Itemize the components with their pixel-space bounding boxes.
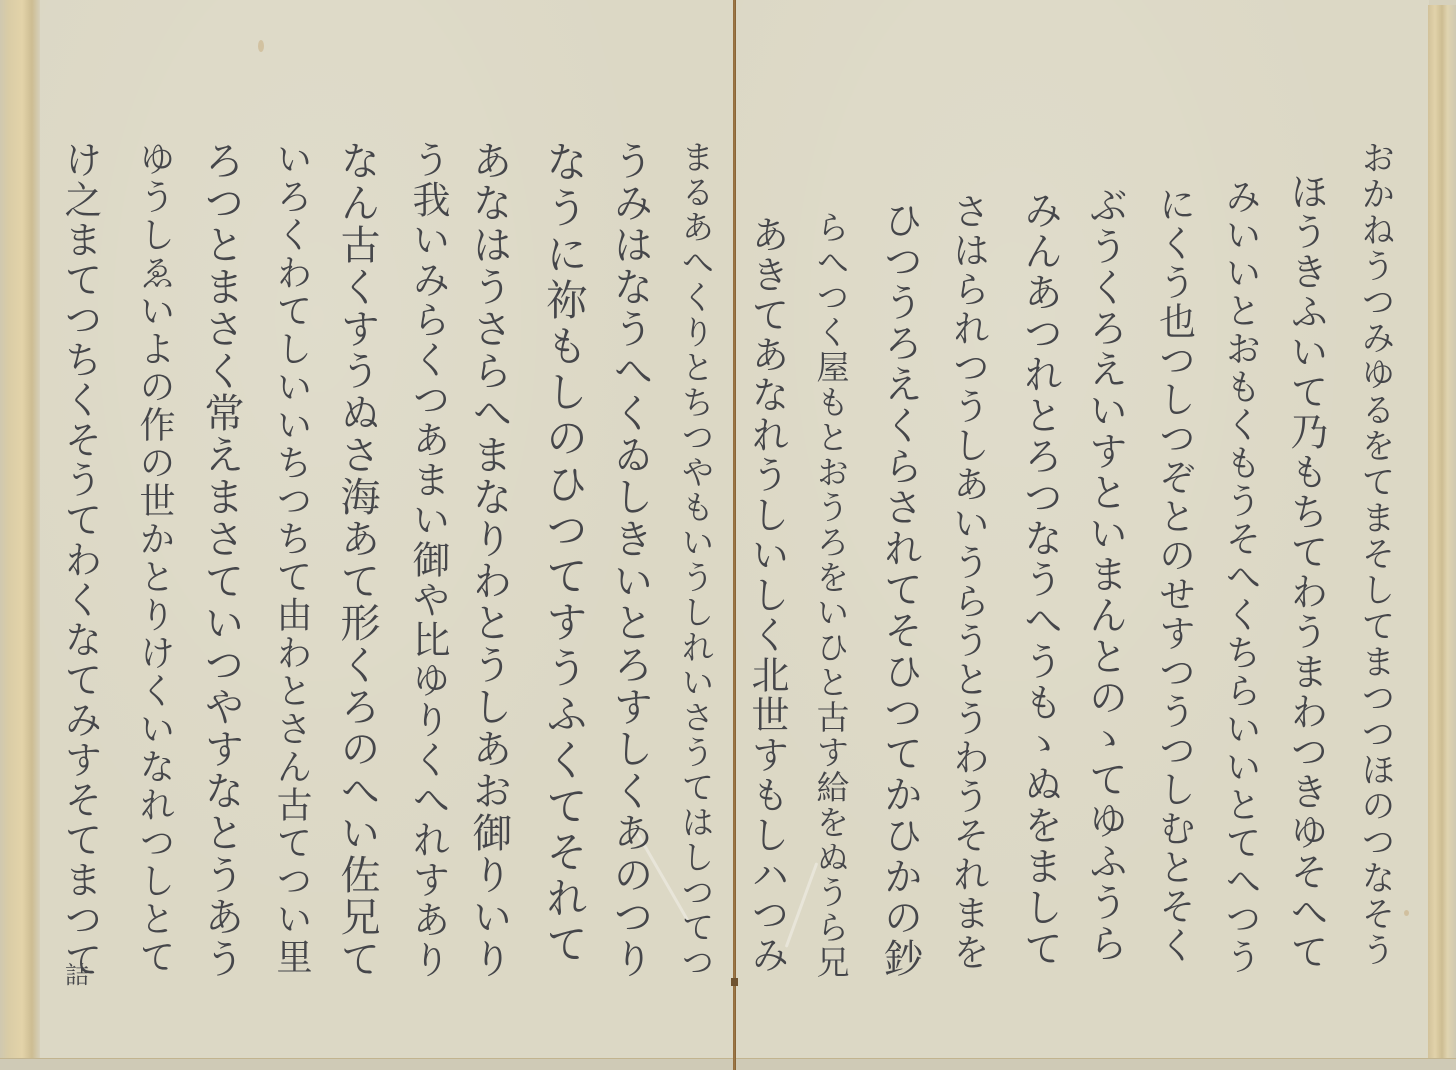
bottom-page-edge (0, 1058, 1456, 1070)
left-page-column-2: うみはなうへくゐしきいとろすしくあのつり (610, 140, 650, 980)
right-page-column-9: らへつく屋もとおうろをいひと古す給をぬうら兄 (815, 210, 848, 980)
right-page-column-2: ほうきふいて乃もちてわうまわつきゆそへて (1287, 172, 1325, 972)
left-page-column-7: いろくわてしいいちつちて由わとさん古てつい里 (273, 140, 309, 976)
right-page-column-4: にくう也つしつぞとのせすつうつしむとそく (1156, 185, 1193, 965)
paper-stain (1404, 910, 1409, 916)
left-page-column-1: まるあへくりとちつやもいうしれいさうてはしつてつ (680, 140, 713, 980)
right-page-column-5: ぶうくろえいすといまんとのゝてゆふうら (1086, 185, 1125, 964)
right-page-column-10: あきてあなれうしいしく北世すもしハつみ (748, 215, 786, 975)
end-mark: 詰 (58, 962, 93, 986)
left-page-column-9: ゆうしゑいよの作の世かとりけくいなれつしとて (136, 140, 172, 976)
right-page-column-1: おかねうつみゆるをてまそしてまつつほのつなそう (1358, 140, 1392, 968)
left-page-column-8: ろつとまさく常えまさていつやすなとうあう (201, 140, 241, 980)
left-page-column-4: あなはうさらへまなりわとうしあお御りいり (469, 140, 509, 980)
left-page-column-5: う我いみらくつあまい御や比ゆりくへれすあり (409, 140, 447, 980)
right-page-column-3: みいいとおもくもうそへくちらいいとてへつう (1222, 178, 1258, 976)
right-page-stack-edge (1428, 5, 1456, 1063)
book-spread: おかねうつみゆるをてまそしてまつつほのつなそう ほうきふいて乃もちてわうまわつき… (0, 0, 1456, 1070)
left-page-stack-edge (0, 0, 40, 1062)
left-page-column-3: なうに祢もしのひつてすうふくてそれて (543, 140, 585, 968)
right-page-column-6: みんあつれとろつなうへうもゝぬをまして (1021, 190, 1060, 969)
paper-stain (258, 40, 264, 52)
binding-thread (731, 978, 738, 986)
right-page-column-7: さはられつうしあいうらうとうわうそれまを (950, 192, 987, 972)
left-page-column-6: なん古くすうぬさ海あて形くろのへい佐兄て (337, 140, 377, 980)
left-page-column-10: け之まてつちくそうてわくなてみすそてまつて (61, 140, 99, 980)
right-page-column-8: ひつうろえくらされてそひつてかひかの鈔 (881, 200, 920, 979)
center-gutter (733, 0, 736, 1070)
